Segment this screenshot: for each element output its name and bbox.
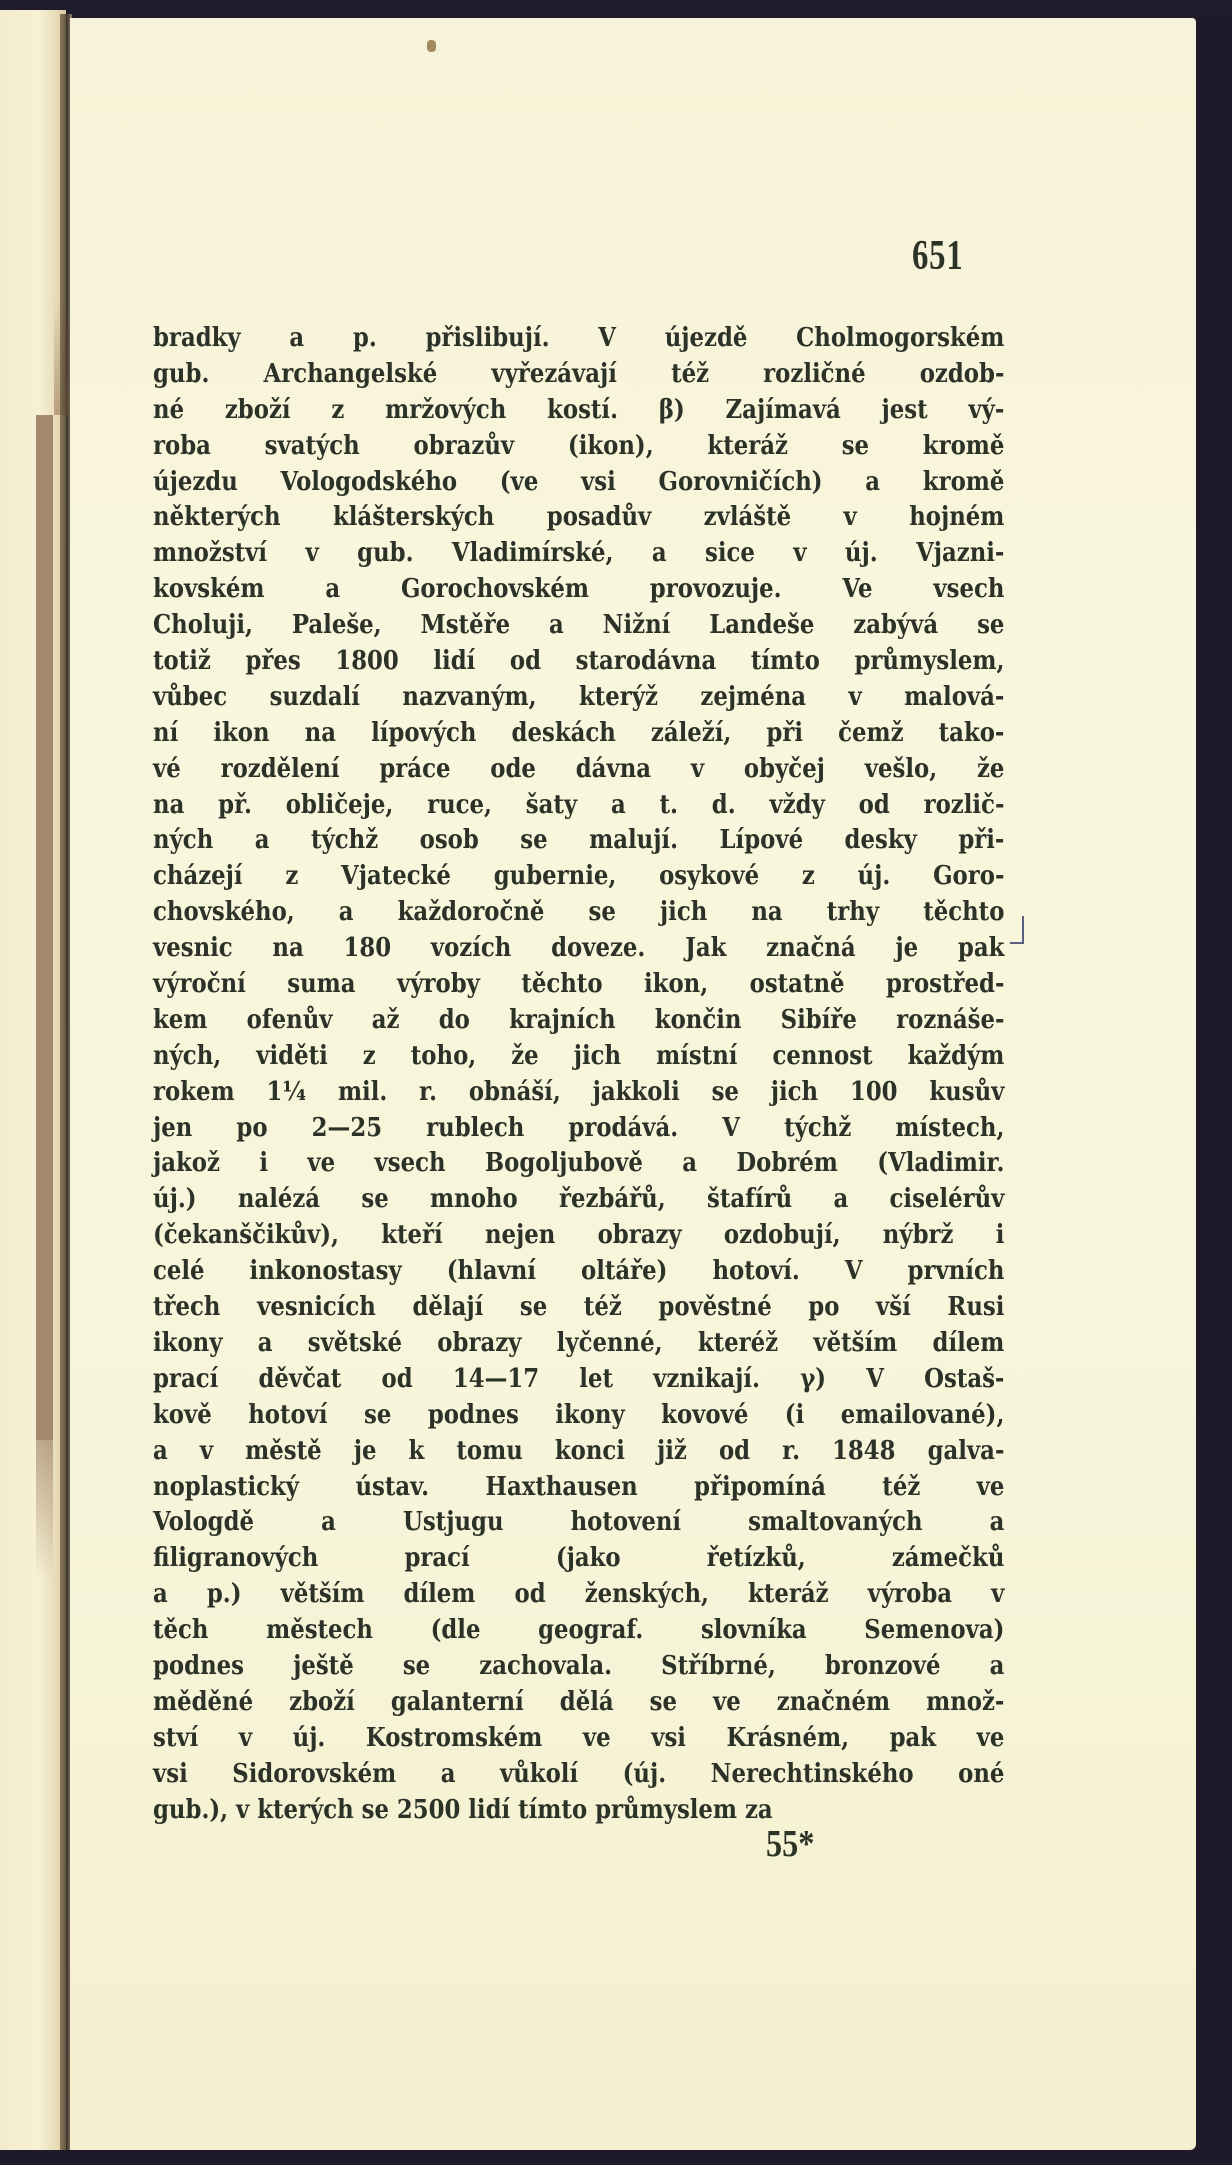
text-line: (čekanščikův), kteří nejen obrazy ozdobu… bbox=[153, 1217, 1004, 1253]
text-line: prací děvčat od 14—17 let vznikají. γ) V… bbox=[153, 1361, 1004, 1397]
text-line: totiž přes 1800 lidí od starodávna tímto… bbox=[153, 643, 1004, 679]
text-line: ných a týchž osob se malují. Lípové desk… bbox=[153, 822, 1004, 858]
text-line: třech vesnicích dělají se též pověstné p… bbox=[153, 1289, 1004, 1325]
text-line: podnes ještě se zachovala. Stříbrné, bro… bbox=[153, 1648, 1004, 1684]
text-line: chovského, a každoročně se jich na trhy … bbox=[153, 894, 1004, 930]
binding-shadow bbox=[36, 1440, 53, 1580]
text-line: vesnic na 180 vozích doveze. Jak značná … bbox=[153, 930, 1004, 966]
text-line: některých klášterských posadův zvláště v… bbox=[153, 499, 1004, 535]
text-line: ikony a světské obrazy lyčenné, kteréž v… bbox=[153, 1325, 1004, 1361]
text-line: množství v gub. Vladimírské, a sice v új… bbox=[153, 535, 1004, 571]
text-line: a p.) větším dílem od ženských, kteráž v… bbox=[153, 1576, 1004, 1612]
binding-strip bbox=[36, 415, 53, 1440]
text-line: Vologdě a Ustjugu hotovení smaltovaných … bbox=[153, 1504, 1004, 1540]
text-line: jakož i ve vsech Bogoljubově a Dobrém (V… bbox=[153, 1145, 1004, 1181]
text-line: kem ofenův až do krajních končin Sibíře … bbox=[153, 1002, 1004, 1038]
text-line: kovském a Gorochovském provozuje. Ve vse… bbox=[153, 571, 1004, 607]
text-line: ných, viděti z toho, že jich místní cenn… bbox=[153, 1038, 1004, 1074]
text-line: újezdu Vologodského (ve vsi Gorovničích)… bbox=[153, 464, 1004, 500]
text-line: cházejí z Vjatecké gubernie, osykové z ú… bbox=[153, 858, 1004, 894]
text-line: na př. obličeje, ruce, šaty a t. d. vždy… bbox=[153, 787, 1004, 823]
text-line: kově hotoví se podnes ikony kovové (i em… bbox=[153, 1397, 1004, 1433]
text-line: gub. Archangelské vyřezávají též rozličn… bbox=[153, 356, 1004, 392]
text-line: né zboží z mržových kostí. β) Zajímavá j… bbox=[153, 392, 1004, 428]
ink-spot bbox=[427, 40, 436, 52]
text-line: ní ikon na lípových deskách záleží, při … bbox=[153, 715, 1004, 751]
text-line: celé inkonostasy (hlavní oltáře) hotoví.… bbox=[153, 1253, 1004, 1289]
text-line: filigranových prací (jako řetízků, zámeč… bbox=[153, 1540, 1004, 1576]
text-line: noplastický ústav. Haxthausen připomíná … bbox=[153, 1469, 1004, 1505]
text-line: roba svatých obrazův (ikon), kteráž se k… bbox=[153, 428, 1004, 464]
text-line: ství v új. Kostromském ve vsi Krásném, p… bbox=[153, 1720, 1004, 1756]
text-line: jen po 2—25 rublech prodává. V týchž mís… bbox=[153, 1110, 1004, 1146]
text-line: új.) nalézá se mnoho řezbářů, štafírů a … bbox=[153, 1181, 1004, 1217]
text-line: vé rozdělení práce ode dávna v obyčej ve… bbox=[153, 751, 1004, 787]
margin-mark bbox=[1010, 916, 1024, 944]
text-line: měděné zboží galanterní dělá se ve značn… bbox=[153, 1684, 1004, 1720]
text-line: Choluji, Paleše, Mstěře a Nižní Landeše … bbox=[153, 607, 1004, 643]
scan-top-edge bbox=[0, 0, 1232, 14]
page-number: 651 bbox=[912, 232, 963, 280]
text-line: těch městech (dle geograf. slovníka Seme… bbox=[153, 1612, 1004, 1648]
text-line: výroční suma výroby těchto ikon, ostatně… bbox=[153, 966, 1004, 1002]
text-line: vůbec suzdalí nazvaným, kterýž zejména v… bbox=[153, 679, 1004, 715]
text-line: a v městě je k tomu konci již od r. 1848… bbox=[153, 1433, 1004, 1469]
text-line: bradky a p. přislibují. V újezdě Cholmog… bbox=[153, 320, 1004, 356]
text-line: gub.), v kterých se 2500 lidí tímto prům… bbox=[153, 1792, 1004, 1828]
signature-mark: 55* bbox=[766, 1822, 814, 1866]
body-text: bradky a p. přislibují. V újezdě Cholmog… bbox=[153, 320, 1005, 1827]
text-line: vsi Sidorovském a vůkolí (új. Nerechtins… bbox=[153, 1756, 1004, 1792]
text-line: rokem 1¼ mil. r. obnáší, jakkoli se jich… bbox=[153, 1074, 1004, 1110]
